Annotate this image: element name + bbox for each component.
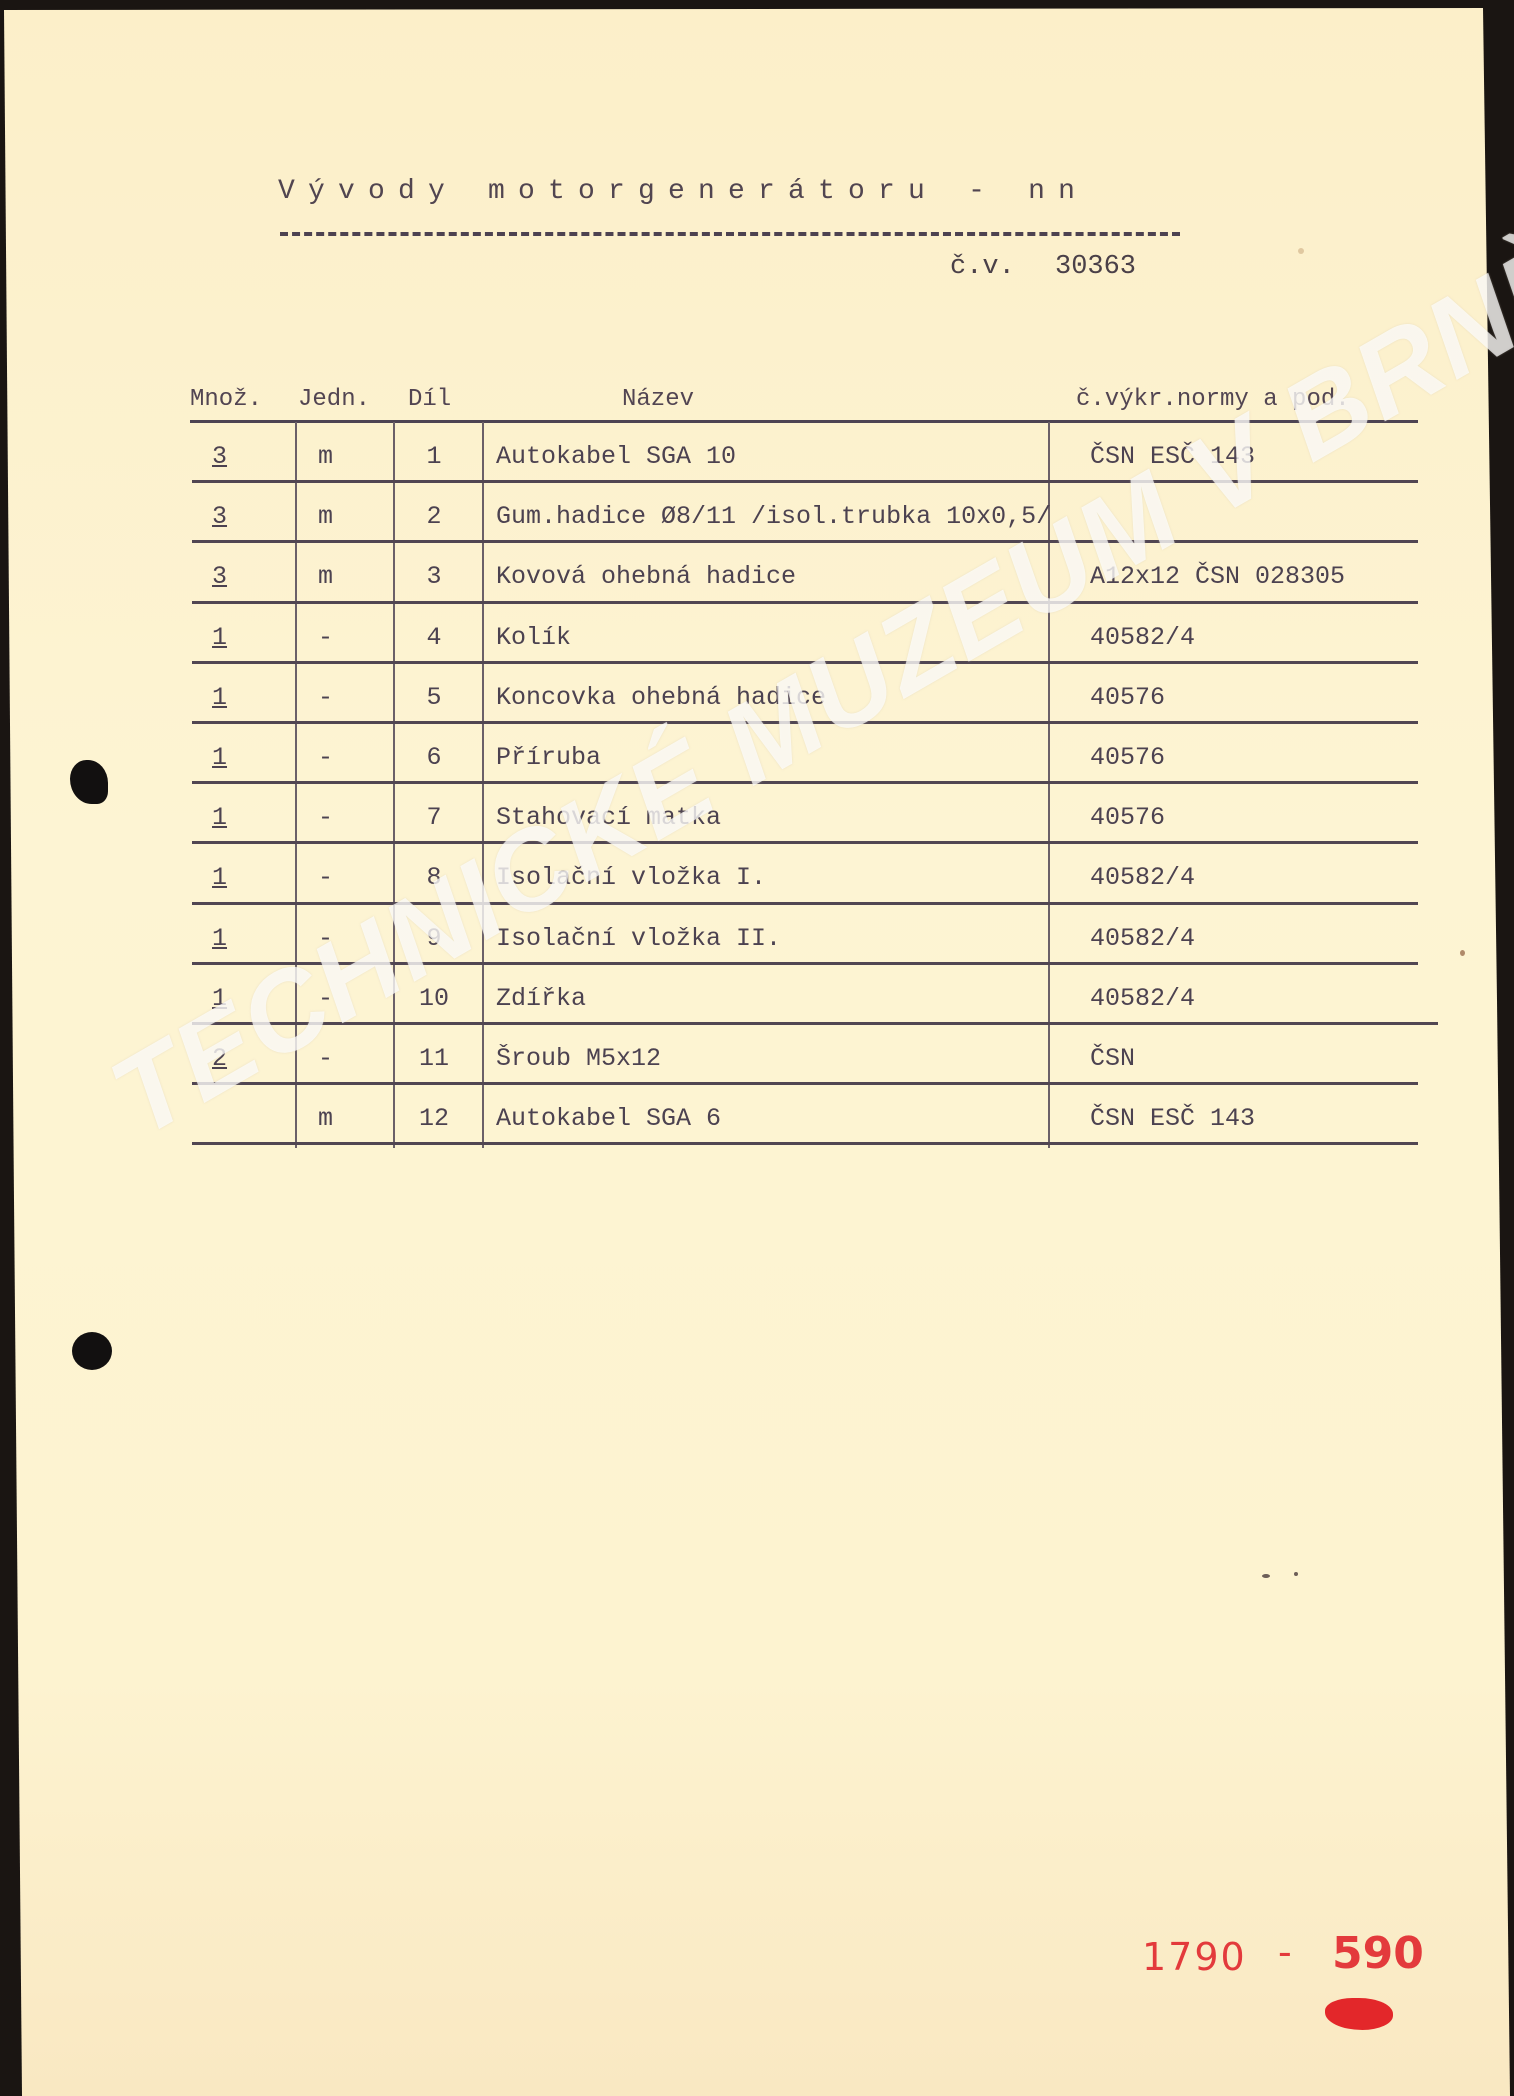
- row-divider: [192, 661, 1418, 664]
- row-divider: [192, 480, 1418, 483]
- row-unit: -: [318, 803, 333, 832]
- row-part: 12: [404, 1104, 464, 1133]
- column-divider: [393, 422, 395, 1148]
- row-name: Zdířka: [496, 984, 586, 1013]
- paper-sheet: [0, 0, 1514, 2096]
- row-name: Autokabel SGA 10: [496, 442, 736, 471]
- row-unit: -: [318, 1044, 333, 1073]
- row-unit: -: [318, 984, 333, 1013]
- row-part: 8: [404, 863, 464, 892]
- row-name: Gum.hadice Ø8/11 /isol.trubka 10x0,5/: [496, 502, 1051, 531]
- row-quantity: 1: [212, 984, 227, 1013]
- row-part: 9: [404, 924, 464, 953]
- row-divider: [192, 1082, 1418, 1085]
- row-reference: 40576: [1090, 803, 1165, 832]
- title-rule: [280, 232, 1180, 236]
- row-name: Isolační vložka II.: [496, 924, 781, 953]
- header-part: Díl: [408, 386, 451, 413]
- row-name: Isolační vložka I.: [496, 863, 766, 892]
- handwritten-number-start: 1790: [1142, 1935, 1247, 1979]
- row-divider: [192, 962, 1418, 965]
- row-quantity: 2: [212, 1044, 227, 1073]
- handwritten-dash: -: [1278, 1930, 1292, 1974]
- document-title: Vývody motorgenerátoru - nn: [278, 176, 1088, 207]
- row-name: Kovová ohebná hadice: [496, 562, 796, 591]
- row-quantity: 1: [212, 743, 227, 772]
- column-divider: [295, 422, 297, 1148]
- row-reference: ČSN ESČ 143: [1090, 442, 1255, 471]
- row-unit: m: [318, 502, 333, 531]
- row-quantity: 1: [212, 863, 227, 892]
- row-part: 7: [404, 803, 464, 832]
- row-quantity: 3: [212, 442, 227, 471]
- row-divider: [192, 902, 1418, 905]
- row-part: 2: [404, 502, 464, 531]
- row-part: 6: [404, 743, 464, 772]
- row-part: 5: [404, 683, 464, 712]
- row-divider: [192, 1142, 1418, 1145]
- row-quantity: 3: [212, 562, 227, 591]
- speck: [1298, 248, 1304, 254]
- row-reference: ČSN ESČ 143: [1090, 1104, 1255, 1133]
- row-name: Stahovací matka: [496, 803, 721, 832]
- column-divider: [482, 422, 484, 1148]
- handwritten-number-end: 590: [1332, 1928, 1424, 1979]
- row-unit: m: [318, 562, 333, 591]
- row-unit: -: [318, 623, 333, 652]
- row-reference: 40582/4: [1090, 924, 1195, 953]
- header-name: Název: [622, 386, 694, 413]
- row-reference: 40582/4: [1090, 863, 1195, 892]
- row-reference: 40576: [1090, 683, 1165, 712]
- speck: [1460, 950, 1465, 956]
- speck: [1262, 1574, 1270, 1578]
- row-reference: 40582/4: [1090, 984, 1195, 1013]
- row-divider: [192, 781, 1418, 784]
- row-divider: [192, 540, 1418, 543]
- row-unit: -: [318, 683, 333, 712]
- doc-number: 30363: [1055, 252, 1136, 282]
- header-unit: Jedn.: [298, 386, 370, 413]
- row-divider: [192, 1022, 1438, 1025]
- row-reference: ČSN: [1090, 1044, 1135, 1073]
- row-quantity: 1: [212, 924, 227, 953]
- row-name: Koncovka ohebná hadice: [496, 683, 826, 712]
- row-part: 11: [404, 1044, 464, 1073]
- row-reference: 40576: [1090, 743, 1165, 772]
- row-name: Kolík: [496, 623, 571, 652]
- row-name: Šroub M5x12: [496, 1044, 661, 1073]
- row-reference: 40582/4: [1090, 623, 1195, 652]
- header-underline: [190, 420, 1418, 423]
- row-divider: [192, 601, 1418, 604]
- row-unit: -: [318, 863, 333, 892]
- row-name: Autokabel SGA 6: [496, 1104, 721, 1133]
- row-divider: [192, 721, 1418, 724]
- punch-hole-bottom: [72, 1332, 112, 1370]
- row-unit: -: [318, 924, 333, 953]
- row-unit: -: [318, 743, 333, 772]
- row-reference: A12x12 ČSN 028305: [1090, 562, 1345, 591]
- doc-number-label: č.v.: [950, 252, 1015, 282]
- row-unit: m: [318, 1104, 333, 1133]
- row-part: 1: [404, 442, 464, 471]
- row-divider: [192, 841, 1418, 844]
- row-quantity: 1: [212, 683, 227, 712]
- row-part: 4: [404, 623, 464, 652]
- header-quantity: Množ.: [190, 386, 262, 413]
- row-unit: m: [318, 442, 333, 471]
- speck: [1294, 1572, 1298, 1576]
- row-part: 3: [404, 562, 464, 591]
- row-quantity: 1: [212, 803, 227, 832]
- row-name: Příruba: [496, 743, 601, 772]
- row-part: 10: [404, 984, 464, 1013]
- row-quantity: 3: [212, 502, 227, 531]
- row-quantity: 1: [212, 623, 227, 652]
- header-reference: č.výkr.normy a pod.: [1076, 386, 1350, 413]
